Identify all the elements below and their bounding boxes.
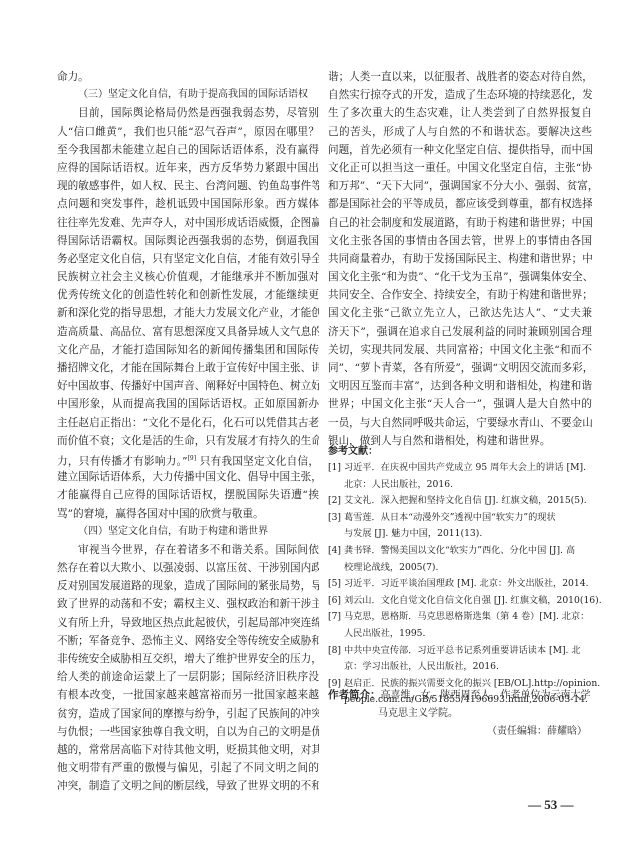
line-text: 不断；军备竞争、恐怖主义、网络安全等传统安全威胁和 bbox=[57, 635, 319, 647]
text-line: 冲突，制造了文明之间的断层线，导致了世界文明的不和 bbox=[57, 777, 319, 795]
line-text: 问题，首先必须有一种文化坚定自信、提供指导，而中国 bbox=[328, 144, 592, 156]
line-text: 义有所上升，导致地区热点此起彼伏，引起局部冲突连绵 bbox=[57, 617, 319, 629]
line-text: 贫穷，造成了国家间的摩擦与纷争，引起了民族间的冲突 bbox=[57, 708, 319, 720]
text-line: 自然实行掠夺式的开发，造成了生态环境的持续恶化，发 bbox=[328, 86, 592, 104]
line-text: 目前，国际舆论格局仍然是西强我弱态势，尽管别 bbox=[78, 107, 319, 119]
line-text: 好中国故事、传播好中国声音、阐释好中国特色、树立好 bbox=[57, 380, 319, 392]
line-text: 然存在着以大欺小、以强凌弱、以富压贫、干涉别国内政、 bbox=[57, 562, 319, 574]
text-line: 文化正可以担当这一重任。中国文化坚定自信，主张“协 bbox=[328, 159, 592, 177]
reference-item: [1] 习近平．在庆祝中国共产党成立 95 周年大会上的讲话 [M].北京：人民… bbox=[328, 460, 598, 493]
text-line: 应得的国际话语权。近年来，西方反华势力紧跟中国出 bbox=[57, 159, 319, 177]
text-line: 文化产品，才能打造国际知名的新闻传播集团和国际传 bbox=[57, 341, 319, 359]
text-line: 都是国际社会的平等成员，都应该受到尊重，都有权选择 bbox=[328, 195, 592, 213]
line-text: 国文化主张“和为贵”、“化干戈为玉帛”，强调集体安全、 bbox=[328, 271, 592, 283]
text-line: 点问题和突发事件，趁机诋毁中国国际形象。西方媒体 bbox=[57, 195, 319, 213]
reference-number: [5] bbox=[328, 578, 341, 589]
reference-number: [7] bbox=[328, 611, 341, 622]
line-text: 人“信口雌黄”，我们也只能“忍气吞声”，原因在哪里？ bbox=[57, 126, 319, 138]
line-text: 民族树立社会主义核心价值观，才能继承并不断加强对 bbox=[57, 271, 319, 283]
section-heading: （四）坚定文化自信，有助于构建和谐世界 bbox=[57, 523, 319, 541]
line-text: 点问题和突发事件，趁机诋毁中国国际形象。西方媒体 bbox=[57, 198, 319, 210]
reference-item: [7] 马克思，恩格斯．马克思恩格斯选集（第 4 卷）[M]. 北京：人民出版社… bbox=[328, 609, 598, 642]
line-text: 谐；人类一直以来，以征服者、战胜者的姿态对待自然，对 bbox=[328, 71, 592, 83]
line-text: 文化主张各国的事情由各国去管，世界上的事情由各国 bbox=[328, 235, 592, 247]
section-heading: （三）坚定文化自信，有助于提高我国的国际话语权 bbox=[57, 86, 319, 104]
text-line: 义有所上升，导致地区热点此起彼伏，引起局部冲突连绵 bbox=[57, 614, 319, 632]
line-text: 建立国际话语体系，大力传播中国文化、倡导中国主张， bbox=[57, 471, 319, 483]
text-line: 国文化主张“己欲立先立人，己欲达先达人”、“丈夫兼 bbox=[328, 304, 592, 322]
line-text: 共同商量着办，有助于发扬国际民主、构建和谐世界；中 bbox=[328, 253, 592, 265]
text-line: 济天下”，强调在追求自己发展利益的同时兼顾别国合理 bbox=[328, 323, 592, 341]
line-text: 往往率先发难、先声夺人，对中国形成话语威慑，企图赢 bbox=[57, 217, 319, 229]
line-text: 播招牌文化，才能在国际舞台上敢于宣传好中国主张、讲 bbox=[57, 362, 319, 374]
reference-text-continued: 北京：人民出版社，2016. bbox=[328, 477, 598, 494]
text-line: 中国形象，从而提高我国的国际话语权。正如原国新办 bbox=[57, 395, 319, 413]
citation-marker: [9] bbox=[188, 455, 197, 462]
text-line: 务必坚定文化自信，只有坚定文化自信，才能有效引导全 bbox=[57, 250, 319, 268]
text-line: 他文明带有严重的傲慢与偏见，引起了不同文明之间的 bbox=[57, 759, 319, 777]
text-line: 问题，首先必须有一种文化坚定自信、提供指导，而中国 bbox=[328, 141, 592, 159]
line-text: 主任赵启正指出：“文化不是化石，化石可以凭借其古老 bbox=[57, 417, 319, 429]
text-line: 自己的社会制度和发展道路，有助于构建和谐世界；中国 bbox=[328, 214, 592, 232]
text-line: 世界；中国文化主张“天人合一”，强调人是大自然中的 bbox=[328, 395, 592, 413]
line-text: 国文化主张“己欲立先立人，己欲达先达人”、“丈夫兼 bbox=[328, 307, 592, 319]
text-line: 非传统安全威胁相互交织，增大了维护世界安全的压力， bbox=[57, 650, 319, 668]
text-line: 贫穷，造成了国家间的摩擦与纷争，引起了民族间的冲突 bbox=[57, 705, 319, 723]
line-text: 己的苦头，形成了人与自然的不和谐状态。要解决这些 bbox=[328, 126, 592, 138]
line-text: 力，只有传播才有影响力。” bbox=[57, 455, 188, 467]
text-line: 审视当今世界，存在着诸多不和谐关系。国际间依 bbox=[57, 541, 319, 559]
line-text: 文化正可以担当这一重任。中国文化坚定自信，主张“协 bbox=[328, 162, 592, 174]
text-line: 得国际话语霸权。国际舆论西强我弱的态势，倒逼我国 bbox=[57, 232, 319, 250]
reference-item: [5] 习近平．习近平谈治国理政 [M]. 北京：外文出版社，2014. bbox=[328, 576, 598, 593]
reference-text: 龚书铎．警惕美国以文化“软实力”西化、分化中国 [J]. 高 bbox=[344, 545, 575, 556]
line-text: 务必坚定文化自信，只有坚定文化自信，才能有效引导全 bbox=[57, 253, 319, 265]
text-line: 力，只有传播才有影响力。”[9] 只有我国坚定文化自信， bbox=[57, 450, 319, 468]
line-text: 致了世界的动荡和不安；霸权主义、强权政治和新干涉主 bbox=[57, 598, 319, 610]
text-line: 主任赵启正指出：“文化不是化石，化石可以凭借其古老 bbox=[57, 414, 319, 432]
line-text: （三）坚定文化自信，有助于提高我国的国际话语权 bbox=[78, 89, 308, 100]
line-text: 骂”的窘境，赢得各国对中国的欣赏与敬重。 bbox=[57, 508, 264, 520]
line-text: 同”、“萝卜青菜，各有所爱”，强调“文明因交流而多彩， bbox=[328, 362, 592, 374]
text-line: 才能赢得自己应得的国际话语权，摆脱国际失语遭“挨 bbox=[57, 486, 319, 504]
reference-text: 艾文礼．深入把握和坚持文化自信 [J]. 红旗文稿，2015(5). bbox=[344, 495, 587, 506]
reference-item: [6] 刘云山．文化自觉文化自信文化自强 [J]. 红旗文稿，2010(16). bbox=[328, 593, 598, 610]
line-text: 共同安全、合作安全、持续安全，有助于构建和谐世界；中 bbox=[328, 289, 592, 301]
text-line: 不断；军备竞争、恐怖主义、网络安全等传统安全威胁和 bbox=[57, 632, 319, 650]
line-text: 关切，实现共同发展、共同富裕；中国文化主张“和而不 bbox=[328, 344, 592, 356]
text-line: 有根本改变，一批国家越来越富裕而另一批国家越来越 bbox=[57, 686, 319, 704]
line-text: 和万邦”、“天下大同”，强调国家不分大小、强弱、贫富， bbox=[328, 180, 592, 192]
reference-item: [2] 艾文礼．深入把握和坚持文化自信 [J]. 红旗文稿，2015(5). bbox=[328, 493, 598, 510]
line-text: 得国际话语霸权。国际舆论西强我弱的态势，倒逼我国 bbox=[57, 235, 319, 247]
author-bio-label: 作者简介： bbox=[328, 689, 381, 701]
line-text: 而价值不衰；文化是活的生命，只有发展才有持久的生命 bbox=[57, 435, 319, 447]
author-bio-line2: 马克思主义学院。 bbox=[328, 705, 598, 723]
text-line: 和万邦”、“天下大同”，强调国家不分大小、强弱、贫富， bbox=[328, 177, 592, 195]
text-line: 现的敏感事件，如人权、民主、台湾问题、钓鱼岛事件等热 bbox=[57, 177, 319, 195]
reference-text: 葛雪莲．从日本“动漫外交”透视中国“软实力”的现状 bbox=[344, 512, 556, 523]
line-text: 审视当今世界，存在着诸多不和谐关系。国际间依 bbox=[78, 544, 319, 556]
text-line: 致了世界的动荡和不安；霸权主义、强权政治和新干涉主 bbox=[57, 595, 319, 613]
text-line: 目前，国际舆论格局仍然是西强我弱态势，尽管别 bbox=[57, 104, 319, 122]
line-text: 现的敏感事件，如人权、民主、台湾问题、钓鱼岛事件等热 bbox=[57, 180, 319, 192]
right-column: 谐；人类一直以来，以征服者、战胜者的姿态对待自然，对自然实行掠夺式的开发，造成了… bbox=[328, 68, 592, 450]
line-text: 命力。 bbox=[57, 71, 89, 83]
reference-text: 中共中央宣传部．习近平总书记系列重要讲话读本 [M]. 北 bbox=[344, 645, 581, 656]
reference-number: [8] bbox=[328, 645, 341, 656]
text-line: 好中国故事、传播好中国声音、阐释好中国特色、树立好 bbox=[57, 377, 319, 395]
reference-number: [1] bbox=[328, 462, 341, 473]
reference-text: 习近平．习近平谈治国理政 [M]. 北京：外文出版社，2014. bbox=[344, 578, 589, 589]
text-line: 给人类的前途命运蒙上了一层阴影；国际经济旧秩序没 bbox=[57, 668, 319, 686]
line-text: 越的，常常居高临下对待其他文明，贬损其他文明，对其 bbox=[57, 744, 319, 756]
text-line: 己的苦头，形成了人与自然的不和谐状态。要解决这些 bbox=[328, 123, 592, 141]
text-line: 越的，常常居高临下对待其他文明，贬损其他文明，对其 bbox=[57, 741, 319, 759]
line-text: 只有我国坚定文化自信， bbox=[196, 455, 319, 467]
left-column: 命力。（三）坚定文化自信，有助于提高我国的国际话语权目前，国际舆论格局仍然是西强… bbox=[57, 68, 319, 796]
text-line: 国文化主张“和为贵”、“化干戈为玉帛”，强调集体安全、 bbox=[328, 268, 592, 286]
text-line: 一员，与大自然同呼吸共命运，宁要绿水青山、不要金山 bbox=[328, 414, 592, 432]
line-text: 优秀传统文化的创造性转化和创新性发展，才能继续更 bbox=[57, 289, 319, 301]
text-line: 文明因互鉴而丰富”，达到各种文明和谐相处，构建和谐 bbox=[328, 377, 592, 395]
author-bio-line1: 高喜维，女，陕西周至人，作者单位为云南大学 bbox=[381, 690, 591, 701]
text-line: 播招牌文化，才能在国际舞台上敢于宣传好中国主张、讲 bbox=[57, 359, 319, 377]
text-line: 反对别国发展道路的现象，造成了国际间的紧张局势，导 bbox=[57, 577, 319, 595]
text-line: 关切，实现共同发展、共同富裕；中国文化主张“和而不 bbox=[328, 341, 592, 359]
line-text: 有根本改变，一批国家越来越富裕而另一批国家越来越 bbox=[57, 689, 319, 701]
line-text: 济天下”，强调在追求自己发展利益的同时兼顾别国合理 bbox=[328, 326, 592, 338]
line-text: 中国形象，从而提高我国的国际话语权。正如原国新办 bbox=[57, 398, 319, 410]
line-text: 文化产品，才能打造国际知名的新闻传播集团和国际传 bbox=[57, 344, 319, 356]
line-text: 才能赢得自己应得的国际话语权，摆脱国际失语遭“挨 bbox=[57, 489, 319, 501]
text-line: 谐；人类一直以来，以征服者、战胜者的姿态对待自然，对 bbox=[328, 68, 592, 86]
line-text: 他文明带有严重的傲慢与偏见，引起了不同文明之间的 bbox=[57, 762, 319, 774]
text-line: 共同商量着办，有助于发扬国际民主、构建和谐世界；中 bbox=[328, 250, 592, 268]
reference-text: 马克思，恩格斯．马克思恩格斯选集（第 4 卷）[M]. 北京： bbox=[344, 611, 589, 622]
responsible-editor: （责任编辑：薛耀晗） bbox=[487, 722, 587, 737]
text-line: 往往率先发难、先声夺人，对中国形成话语威慑，企图赢 bbox=[57, 214, 319, 232]
references-title: 参考文献： bbox=[328, 442, 378, 457]
line-text: （四）坚定文化自信，有助于构建和谐世界 bbox=[78, 526, 268, 537]
text-line: 造高质量、高品位、富有思想深度又具备异域人文气息的 bbox=[57, 323, 319, 341]
line-text: 新和深化党的指导思想，才能大力发展文化产业，才能创 bbox=[57, 307, 319, 319]
text-line: 人“信口雌黄”，我们也只能“忍气吞声”，原因在哪里？ bbox=[57, 123, 319, 141]
author-bio: 作者简介：高喜维，女，陕西周至人，作者单位为云南大学 马克思主义学院。 bbox=[328, 686, 598, 723]
text-line: 民族树立社会主义核心价值观，才能继承并不断加强对 bbox=[57, 268, 319, 286]
page-number: — 53 — bbox=[528, 797, 574, 813]
text-line: 命力。 bbox=[57, 68, 319, 86]
text-line: 骂”的窘境，赢得各国对中国的欣赏与敬重。 bbox=[57, 505, 319, 523]
reference-number: [3] bbox=[328, 512, 341, 523]
line-text: 自然实行掠夺式的开发，造成了生态环境的持续恶化，发 bbox=[328, 89, 592, 101]
references-list: [1] 习近平．在庆祝中国共产党成立 95 周年大会上的讲话 [M].北京：人民… bbox=[328, 460, 598, 709]
line-text: 与仇恨；一些国家独尊自我文明，自以为自己的文明是优 bbox=[57, 726, 319, 738]
line-text: 文明因互鉴而丰富”，达到各种文明和谐相处，构建和谐 bbox=[328, 380, 592, 392]
line-text: 至今我国都未能建立起自己的国际话语体系，没有赢得 bbox=[57, 144, 319, 156]
reference-item: [3] 葛雪莲．从日本“动漫外交”透视中国“软实力”的现状与发展 [J]. 魅力… bbox=[328, 510, 598, 543]
reference-number: [6] bbox=[328, 595, 341, 606]
line-text: 造高质量、高品位、富有思想深度又具备异域人文气息的 bbox=[57, 326, 319, 338]
text-line: 同”、“萝卜青菜，各有所爱”，强调“文明因交流而多彩， bbox=[328, 359, 592, 377]
text-line: 生了多次重大的生态灾难，让人类尝到了自然界报复自 bbox=[328, 104, 592, 122]
reference-item: [8] 中共中央宣传部．习近平总书记系列重要讲话读本 [M]. 北京：学习出版社… bbox=[328, 643, 598, 676]
line-text: 都是国际社会的平等成员，都应该受到尊重，都有权选择 bbox=[328, 198, 592, 210]
reference-text-continued: 人民出版社，1995. bbox=[328, 626, 598, 643]
reference-number: [2] bbox=[328, 495, 341, 506]
line-text: 非传统安全威胁相互交织，增大了维护世界安全的压力， bbox=[57, 653, 319, 665]
text-line: 建立国际话语体系，大力传播中国文化、倡导中国主张， bbox=[57, 468, 319, 486]
text-line: 文化主张各国的事情由各国去管，世界上的事情由各国 bbox=[328, 232, 592, 250]
reference-text: 刘云山．文化自觉文化自信文化自强 [J]. 红旗文稿，2010(16). bbox=[344, 595, 602, 606]
text-line: 共同安全、合作安全、持续安全，有助于构建和谐世界；中 bbox=[328, 286, 592, 304]
reference-number: [4] bbox=[328, 545, 341, 556]
text-line: 至今我国都未能建立起自己的国际话语体系，没有赢得 bbox=[57, 141, 319, 159]
line-text: 一员，与大自然同呼吸共命运，宁要绿水青山、不要金山 bbox=[328, 417, 592, 429]
line-text: 给人类的前途命运蒙上了一层阴影；国际经济旧秩序没 bbox=[57, 671, 319, 683]
line-text: 世界；中国文化主张“天人合一”，强调人是大自然中的 bbox=[328, 398, 592, 410]
text-line: 与仇恨；一些国家独尊自我文明，自以为自己的文明是优 bbox=[57, 723, 319, 741]
text-line: 新和深化党的指导思想，才能大力发展文化产业，才能创 bbox=[57, 304, 319, 322]
text-line: 优秀传统文化的创造性转化和创新性发展，才能继续更 bbox=[57, 286, 319, 304]
reference-text-continued: 与发展 [J]. 魅力中国，2011(13). bbox=[328, 526, 598, 543]
line-text: 生了多次重大的生态灾难，让人类尝到了自然界报复自 bbox=[328, 107, 592, 119]
reference-text-continued: 京：学习出版社，人民出版社，2016. bbox=[328, 659, 598, 676]
reference-text: 习近平．在庆祝中国共产党成立 95 周年大会上的讲话 [M]. bbox=[344, 462, 586, 473]
text-line: 而价值不衰；文化是活的生命，只有发展才有持久的生命 bbox=[57, 432, 319, 450]
text-line: 然存在着以大欺小、以强凌弱、以富压贫、干涉别国内政、 bbox=[57, 559, 319, 577]
line-text: 反对别国发展道路的现象，造成了国际间的紧张局势，导 bbox=[57, 580, 319, 592]
line-text: 自己的社会制度和发展道路，有助于构建和谐世界；中国 bbox=[328, 217, 592, 229]
reference-item: [4] 龚书铎．警惕美国以文化“软实力”西化、分化中国 [J]. 高校理论战线，… bbox=[328, 543, 598, 576]
reference-text-continued: 校理论战线，2005(7). bbox=[328, 560, 598, 577]
line-text: 应得的国际话语权。近年来，西方反华势力紧跟中国出 bbox=[57, 162, 319, 174]
line-text: 冲突，制造了文明之间的断层线，导致了世界文明的不和 bbox=[57, 780, 319, 792]
